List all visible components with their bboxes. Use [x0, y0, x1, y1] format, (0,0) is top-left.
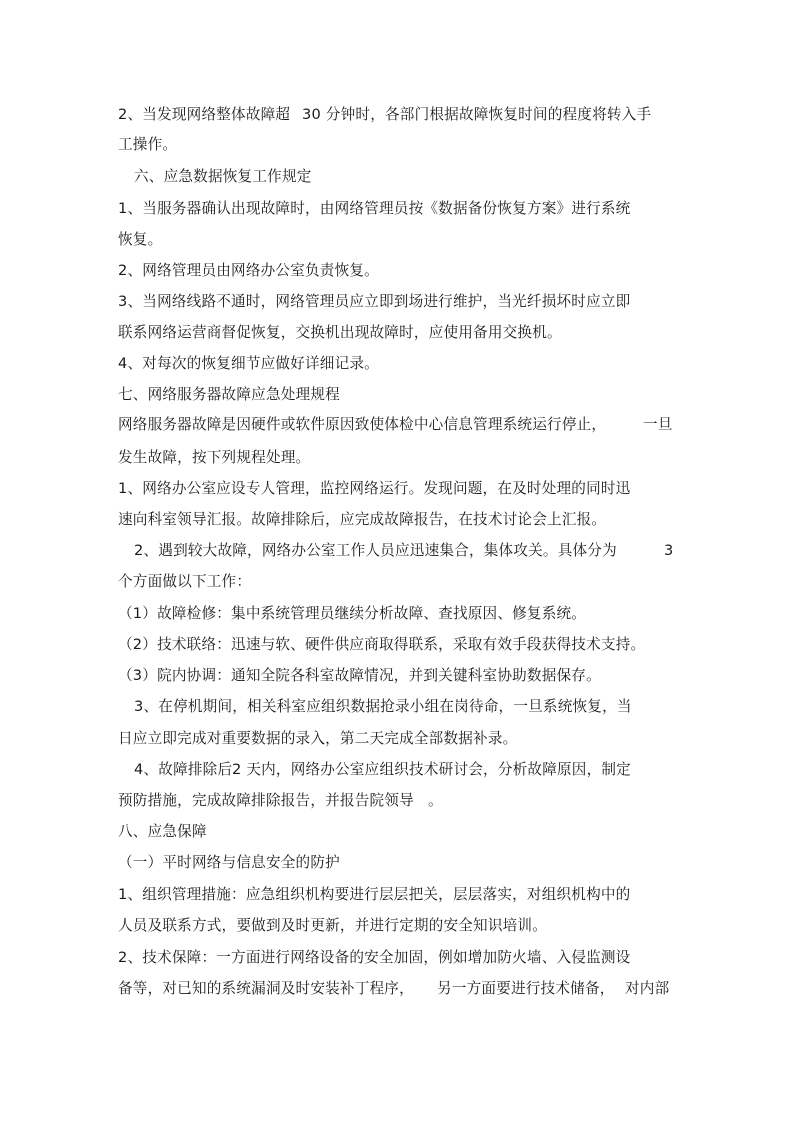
text-line: 1、组织管理措施：应急组织机构要进行层层把关，层层落实，对组织机构中的	[118, 885, 630, 905]
text-line: 4、故障排除后	[134, 760, 232, 780]
text-line: 。	[428, 791, 443, 811]
text-line: 1、网络办公室应设专人管理，监控网络运行。发现问题，在及时处理的同时迅	[118, 479, 630, 499]
text-line: 3、当网络线路不通时，网络管理员应立即到场进行维护，当光纤损坏时应立即	[118, 292, 630, 312]
text-line: 2、技术保障：一方面进行网络设备的安全加固，例如增加防火墙、入侵监测设	[118, 948, 630, 968]
text-line: 恢复。	[118, 230, 162, 250]
text-line: （2）技术联络：迅速与软、硬件供应商取得联系，采取有效手段获得技术支持。	[118, 635, 645, 655]
text-line: 工操作。	[118, 135, 177, 155]
text-line: 备等，对已知的系统漏洞及时安装补丁程序，	[118, 979, 414, 999]
document-page: 2、当发现网络整体故障超30 分钟时，各部门根据故障恢复时间的程度将转入手工操作…	[0, 0, 792, 1122]
text-line: 一旦	[643, 415, 673, 435]
text-line: 1、当服务器确认出现故障时，由网络管理员按《数据备份恢复方案》进行系统	[118, 199, 630, 219]
text-line: 日应立即完成对重要数据的录入，第二天完成全部数据补录。	[118, 729, 517, 749]
text-line: 2、遇到较大故障，网络办公室工作人员应迅速集合，集体攻关。具体分为	[134, 541, 617, 561]
text-line: 另一方面要进行技术储备，	[437, 979, 615, 999]
text-line: 2 天内，网络办公室应组织技术研讨会，分析故障原因，制定	[232, 760, 631, 780]
text-line: 30 分钟时，各部门根据故障恢复时间的程度将转入手	[302, 105, 651, 125]
text-line: 七、网络服务器故障应急处理规程	[118, 385, 340, 405]
text-line: 个方面做以下工作：	[118, 572, 251, 592]
text-line: 发生故障，按下列规程处理。	[118, 448, 310, 468]
text-line: （3）院内协调：通知全院各科室故障情况，并到关键科室协助数据保存。	[118, 666, 601, 686]
text-line: 预防措施，完成故障排除报告，并报告院领导	[118, 791, 414, 811]
text-line: 速向科室领导汇报。故障排除后，应完成故障报告，在技术讨论会上汇报。	[118, 510, 606, 530]
text-line: 4、对每次的恢复细节应做好详细记录。	[118, 354, 379, 374]
text-line: 3	[664, 541, 674, 561]
text-line: 对内部	[625, 979, 669, 999]
text-line: 八、应急保障	[118, 822, 207, 842]
text-line: 2、网络管理员由网络办公室负责恢复。	[118, 261, 379, 281]
text-line: 3、在停机期间，相关科室应组织数据抢录小组在岗待命，一旦系统恢复，当	[134, 697, 632, 717]
text-line: （1）故障检修：集中系统管理员继续分析故障、查找原因、修复系统。	[118, 604, 586, 624]
text-line: （一）平时网络与信息安全的防护	[118, 853, 340, 873]
text-line: 2、当发现网络整体故障超	[118, 105, 290, 125]
text-line: 网络服务器故障是因硬件或软件原因致使体检中心信息管理系统运行停止，	[118, 415, 606, 435]
text-line: 六、应急数据恢复工作规定	[134, 167, 312, 187]
text-line: 人员及联系方式，要做到及时更新，并进行定期的安全知识培训。	[118, 916, 547, 936]
text-line: 联系网络运营商督促恢复，交换机出现故障时，应使用备用交换机。	[118, 323, 562, 343]
